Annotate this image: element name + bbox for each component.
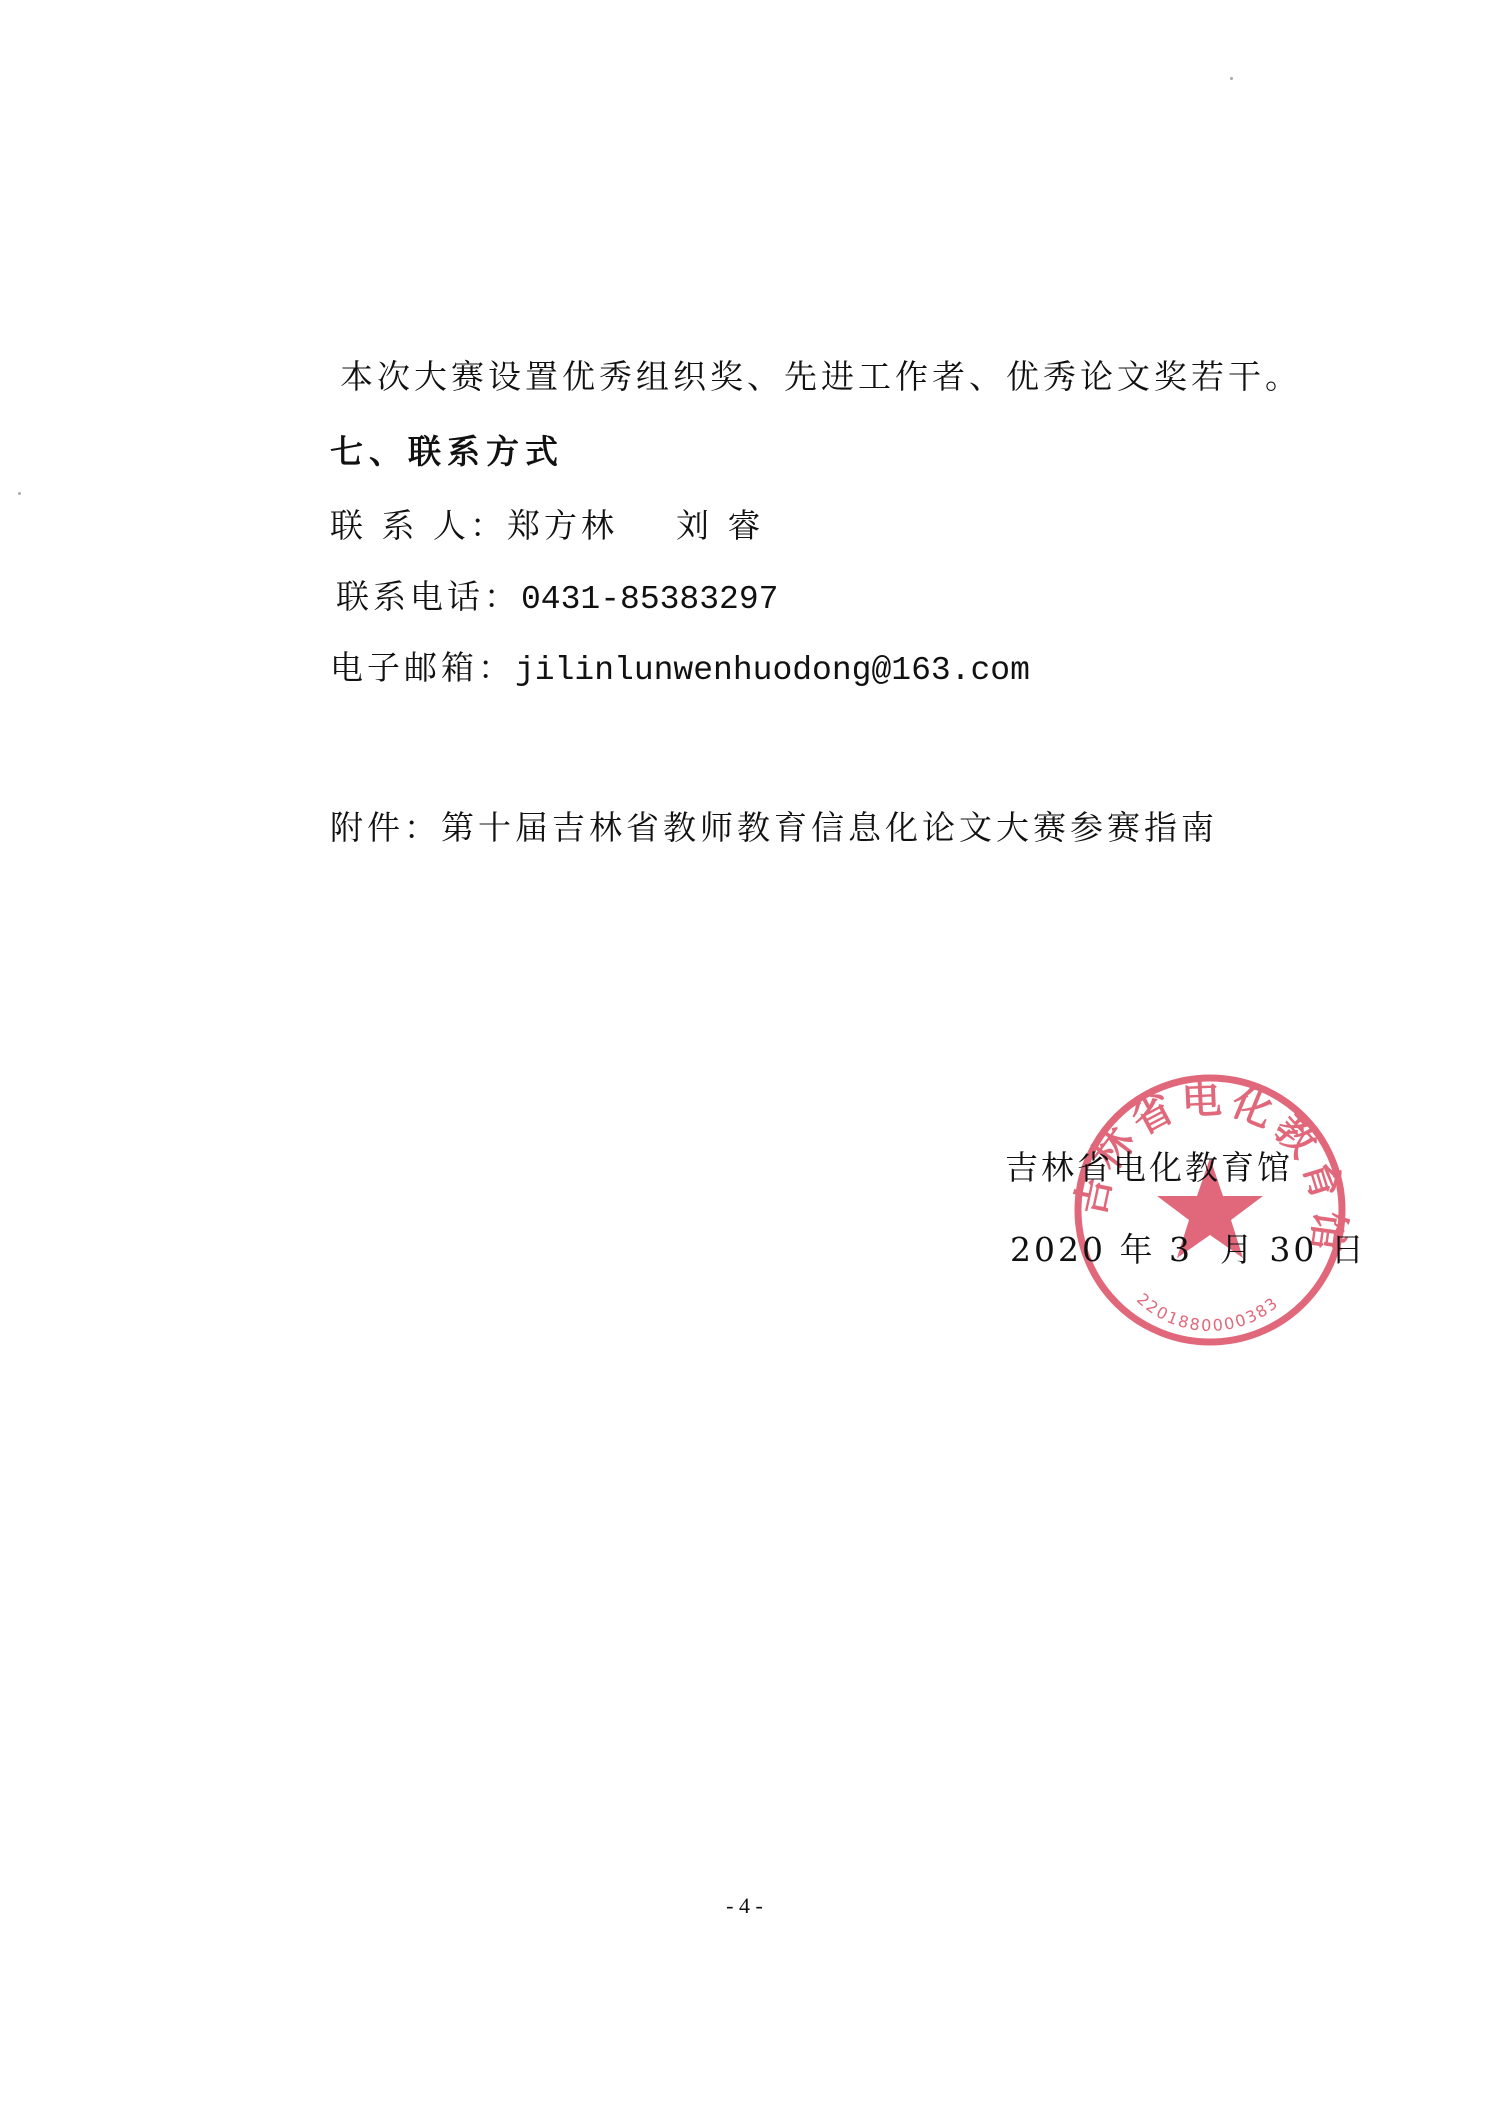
section-heading: 七、联系方式	[330, 432, 564, 472]
contact-phone-value: 0431-85383297	[521, 581, 778, 618]
contact-phone-line: 联系电话：0431-85383297	[336, 577, 778, 620]
page-number: - 4 -	[0, 1893, 1489, 1919]
contact-person-label: 联 系 人：	[330, 506, 507, 545]
contact-email-line: 电子邮箱：jilinlunwenhuodong@163.com	[330, 648, 1030, 691]
attachment-line: 附件：第十届吉林省教师教育信息化论文大赛参赛指南	[330, 808, 1218, 848]
official-seal-icon: 吉林省电化教育馆 2201880000383	[1070, 1070, 1350, 1350]
scan-speck	[1230, 77, 1233, 80]
contact-person-line: 联 系 人：郑方林 刘 睿	[330, 506, 764, 546]
contact-email-value: jilinlunwenhuodong@163.com	[515, 652, 1030, 689]
signature-date: 2020 年 3 月 30 日	[1010, 1230, 1367, 1270]
signature-organization: 吉林省电化教育馆	[1005, 1148, 1293, 1188]
contact-email-label: 电子邮箱：	[330, 648, 515, 687]
scan-speck	[18, 492, 21, 495]
contact-phone-label: 联系电话：	[336, 577, 521, 616]
contact-person-value: 郑方林 刘 睿	[507, 506, 764, 545]
awards-paragraph: 本次大赛设置优秀组织奖、先进工作者、优秀论文奖若干。	[340, 357, 1302, 397]
